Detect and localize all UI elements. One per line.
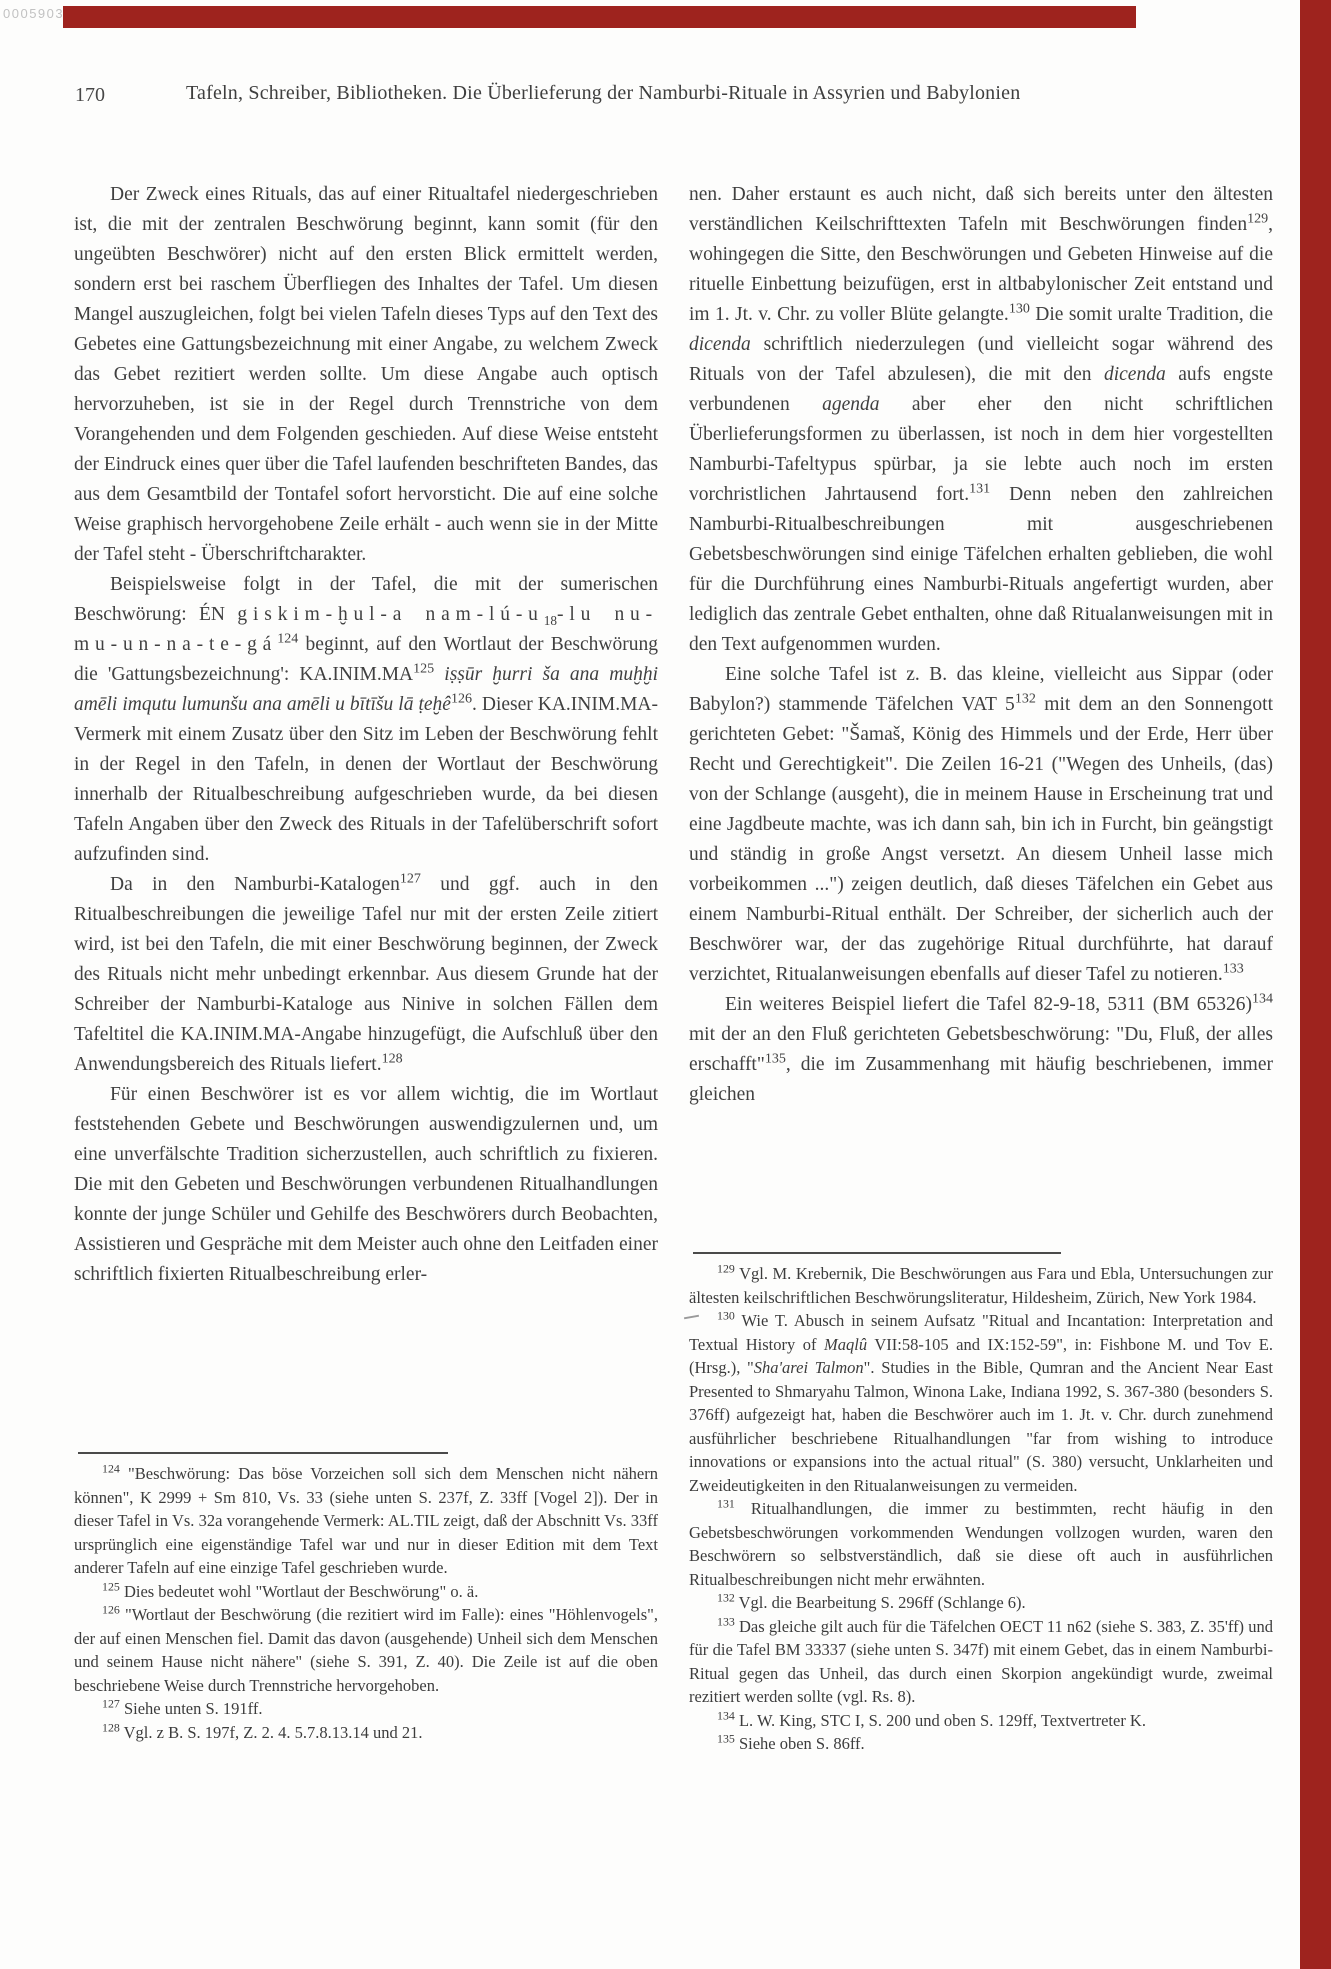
right-footnotes: 129 Vgl. M. Krebernik, Die Beschwörungen… <box>689 1262 1273 1756</box>
paragraph: Für einen Beschwörer ist es vor allem wi… <box>74 1080 658 1290</box>
paragraph: Eine solche Tafel ist z. B. das kleine, … <box>689 660 1273 990</box>
footnote: 128 Vgl. z B. S. 197f, Z. 2. 4. 5.7.8.13… <box>74 1721 658 1745</box>
paragraph: Da in den Namburbi-Katalogen127 und ggf.… <box>74 870 658 1080</box>
scanned-book-page: { "scan": { "id_number": "00059039" }, "… <box>0 0 1331 1969</box>
footnote-separator-left <box>78 1452 448 1454</box>
paragraph: Ein weiteres Beispiel liefert die Tafel … <box>689 990 1273 1110</box>
footnote: 126 "Wortlaut der Beschwörung (die rezit… <box>74 1603 658 1697</box>
footnote: 129 Vgl. M. Krebernik, Die Beschwörungen… <box>689 1262 1273 1309</box>
running-title: Tafeln, Schreiber, Bibliotheken. Die Übe… <box>186 82 1020 105</box>
paragraph: Der Zweck eines Rituals, das auf einer R… <box>74 180 658 570</box>
footnote: 133 Das gleiche gilt auch für die Täfelc… <box>689 1615 1273 1709</box>
paragraph: Beispielsweise folgt in der Tafel, die m… <box>74 570 658 870</box>
paragraph: nen. Daher erstaunt es auch nicht, daß s… <box>689 180 1273 660</box>
red-band-right <box>1300 0 1331 1969</box>
right-column: nen. Daher erstaunt es auch nicht, daß s… <box>689 180 1273 1110</box>
left-column: Der Zweck eines Rituals, das auf einer R… <box>74 180 658 1290</box>
footnote: 135 Siehe oben S. 86ff. <box>689 1732 1273 1756</box>
page-number: 170 <box>75 84 105 107</box>
footnote: 130 Wie T. Abusch in seinem Aufsatz "Rit… <box>689 1309 1273 1497</box>
left-footnotes: 124 "Beschwörung: Das böse Vorzeichen so… <box>74 1462 658 1744</box>
footnote: 127 Siehe unten S. 191ff. <box>74 1697 658 1721</box>
red-band-top <box>63 6 1136 28</box>
footnote: 125 Dies bedeutet wohl "Wortlaut der Bes… <box>74 1580 658 1604</box>
footnote: 124 "Beschwörung: Das böse Vorzeichen so… <box>74 1462 658 1580</box>
footnote: 132 Vgl. die Bearbeitung S. 296ff (Schla… <box>689 1591 1273 1615</box>
footnote-separator-right <box>693 1252 1061 1254</box>
footnote: 131 Ritualhandlungen, die immer zu besti… <box>689 1497 1273 1591</box>
footnote: 134 L. W. King, STC I, S. 200 und oben S… <box>689 1709 1273 1733</box>
